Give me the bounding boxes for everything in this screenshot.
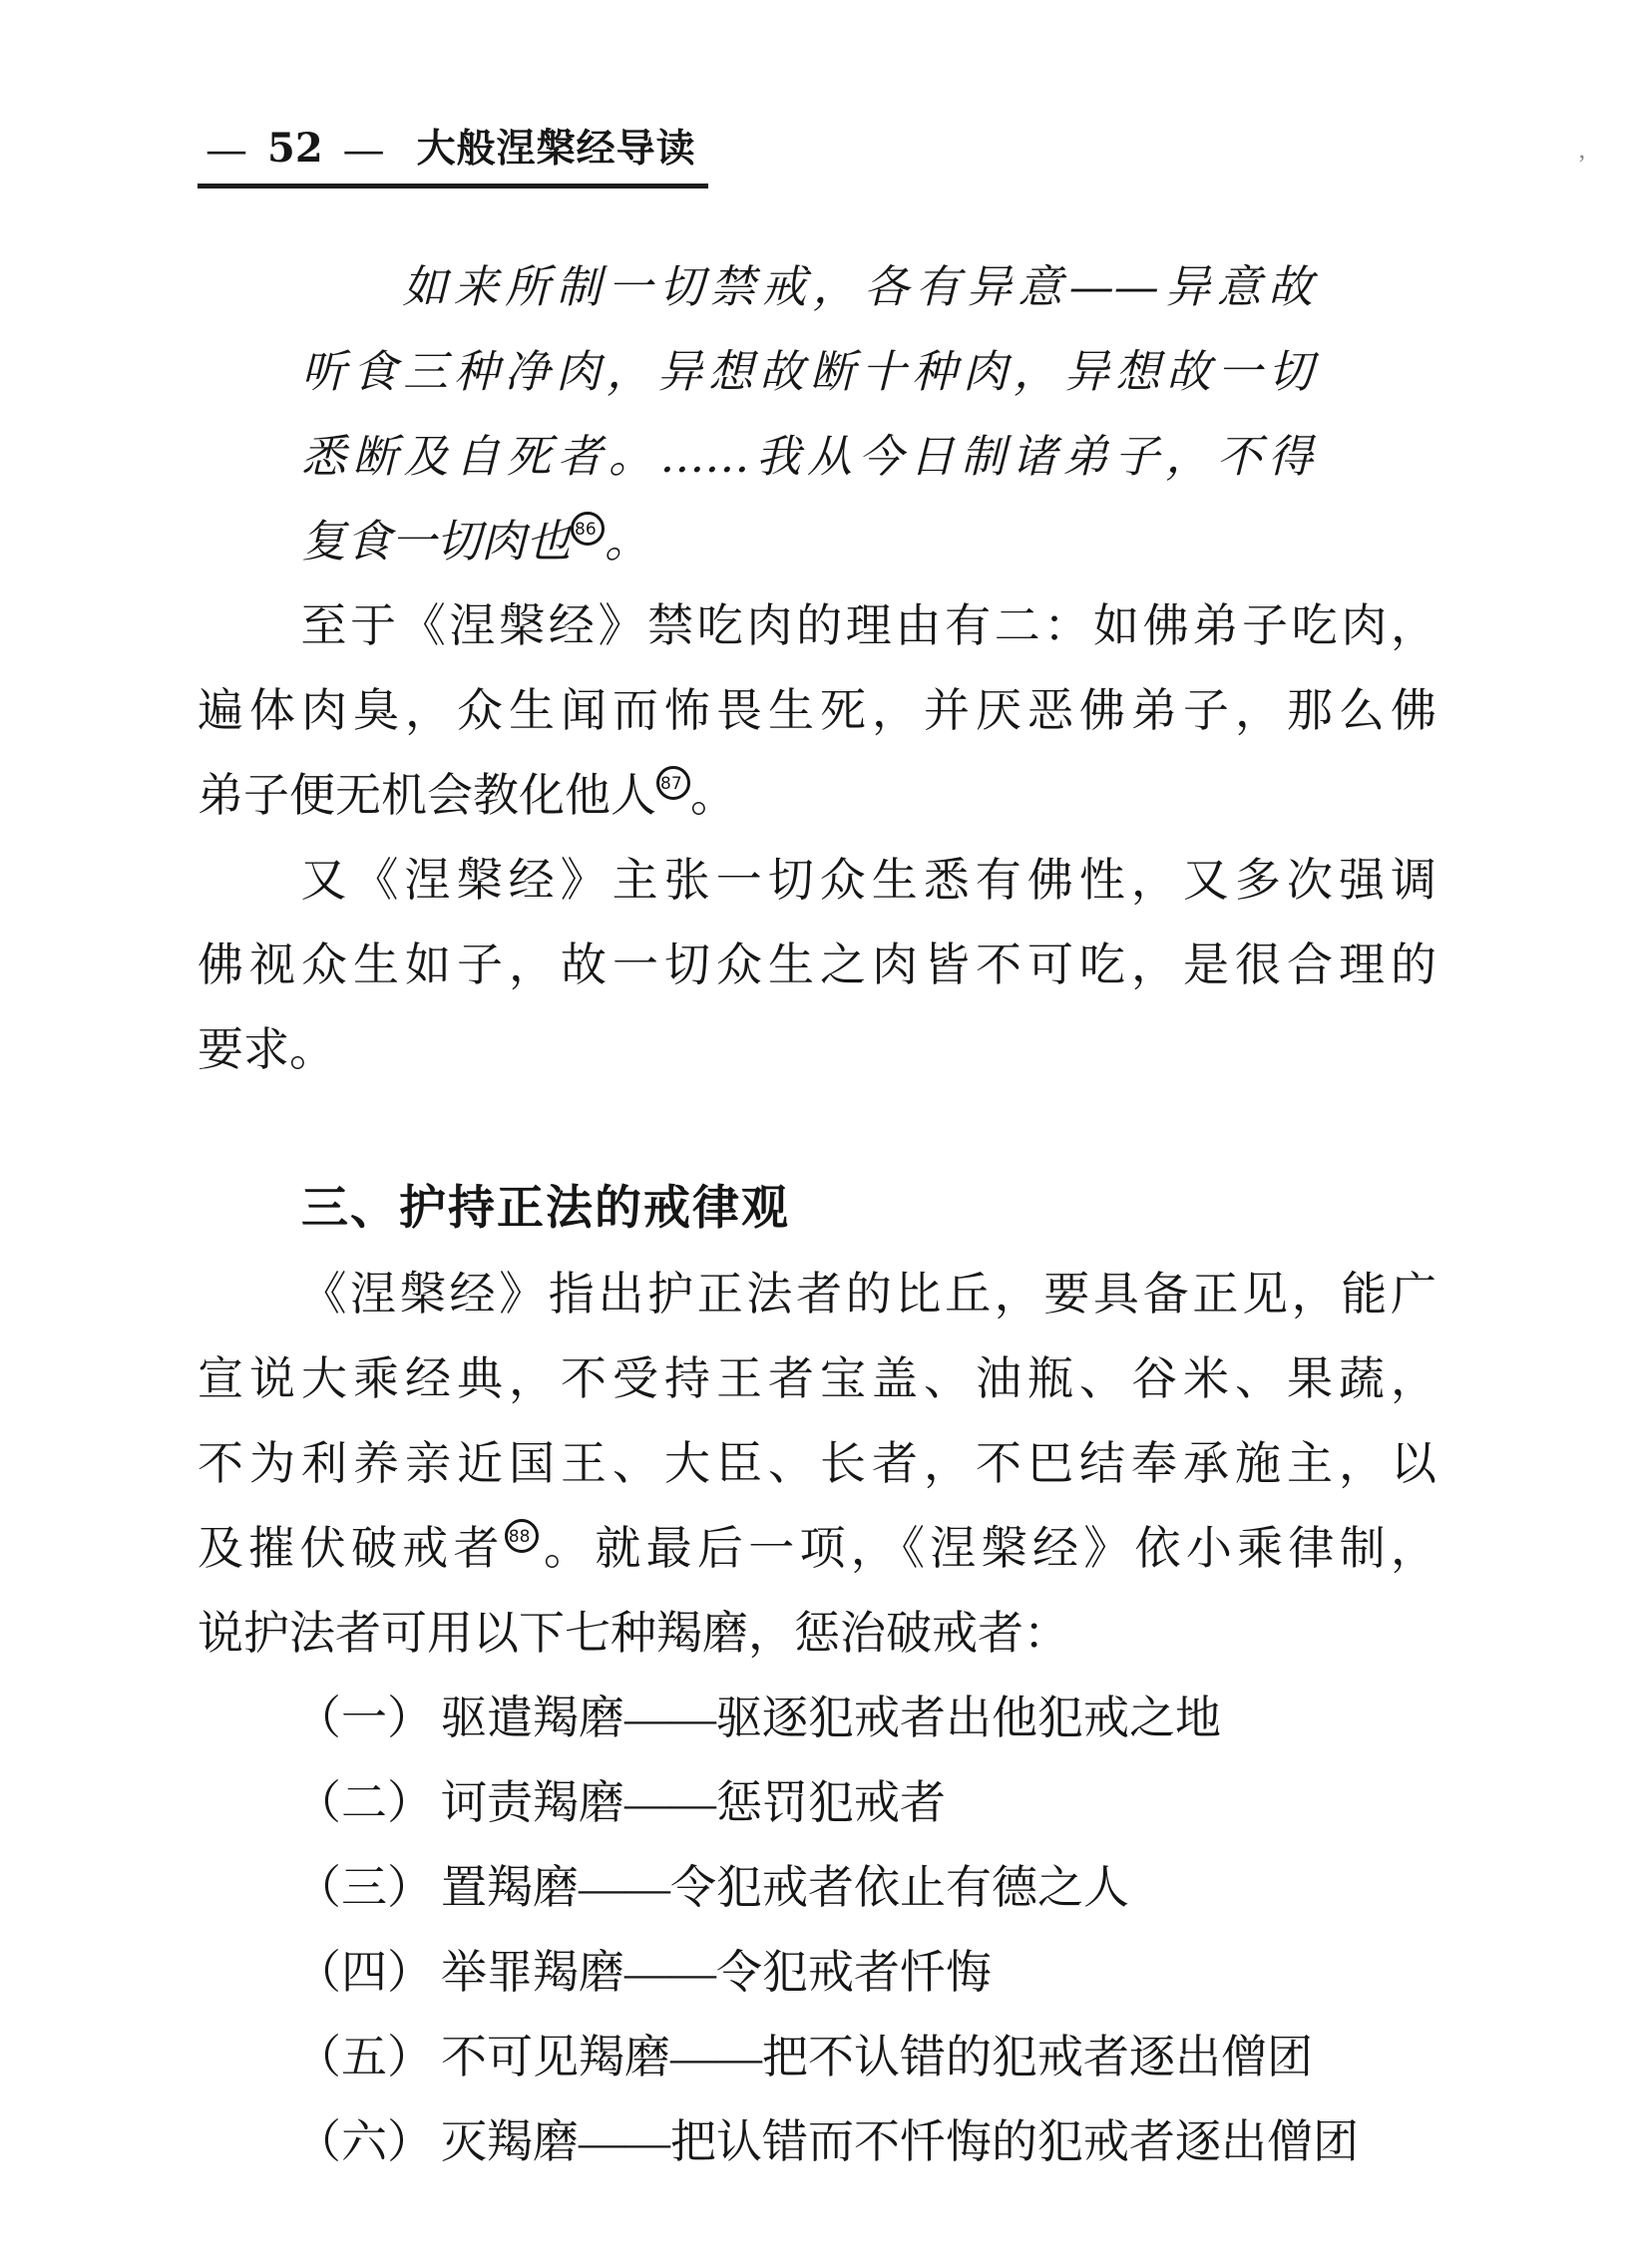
footnote-ref-88: 88: [505, 1519, 539, 1553]
list-item-3: （三）置羯磨——令犯戒者依止有德之人: [295, 1845, 1436, 1930]
page-header: — 52 — 大般涅槃经导读: [198, 118, 708, 189]
header-right-dash: —: [345, 128, 383, 172]
list-item-1: （一）驱遣羯磨——驱逐犯戒者出他犯戒之地: [295, 1676, 1436, 1760]
footnote-ref-86: 86: [571, 512, 605, 546]
scripture-quote: 如来所制一切禁戒，各有异意——异意故 听食三种净肉，异想故断十种肉，异想故一切 …: [301, 244, 1313, 583]
quote-line: 复食一切肉也86。: [301, 499, 1313, 583]
list-item-5: （五）不可见羯磨——把不认错的犯戒者逐出僧团: [295, 2015, 1436, 2099]
paragraph-line: 弟子便无机会教化他人87。: [198, 753, 1436, 838]
list-item-number: （五）: [295, 2032, 433, 2082]
list-item-text: 不可见羯磨——把不认错的犯戒者逐出僧团: [441, 2032, 1313, 2082]
paragraph-line-text: 。就最后一项，《涅槃经》依小乘律制，: [539, 1523, 1436, 1574]
paragraph-buddha-nature: 又《涅槃经》主张一切众生悉有佛性，又多次强调 佛视众生如子，故一切众生之肉皆不可…: [198, 838, 1436, 1092]
paragraph-line-punct: 。: [690, 770, 736, 821]
list-item-number: （一）: [295, 1693, 433, 1743]
paragraph-line: 《涅槃经》指出护正法者的比丘，要具备正见，能广: [198, 1252, 1436, 1336]
list-item-number: （六）: [295, 2116, 433, 2167]
paragraph-line: 说护法者可用以下七种羯磨，惩治破戒者：: [198, 1591, 1436, 1676]
quote-line-text: 复食一切肉也: [301, 515, 571, 567]
list-item-number: （二）: [295, 1777, 433, 1828]
karma-list: （一）驱遣羯磨——驱逐犯戒者出他犯戒之地 （二）诃责羯磨——惩罚犯戒者 （三）置…: [198, 1676, 1436, 2184]
scan-artifact: ’: [1577, 150, 1586, 180]
list-item-2: （二）诃责羯磨——惩罚犯戒者: [295, 1760, 1436, 1845]
paragraph-line: 至于《涅槃经》禁吃肉的理由有二：如佛弟子吃肉，: [198, 583, 1436, 668]
paragraph-line-text: 及摧伏破戒者: [198, 1523, 505, 1574]
book-title: 大般涅槃经导读: [417, 118, 696, 174]
paragraph-line: 又《涅槃经》主张一切众生悉有佛性，又多次强调: [198, 838, 1436, 923]
paragraph-line: 佛视众生如子，故一切众生之肉皆不可吃，是很合理的: [198, 923, 1436, 1007]
section-heading: 三、护持正法的戒律观: [198, 1167, 1436, 1252]
quote-line: 如来所制一切禁戒，各有异意——异意故: [301, 244, 1313, 329]
list-item-number: （四）: [295, 1947, 433, 1998]
paragraph-line: 宣说大乘经典，不受持王者宝盖、油瓶、谷米、果蔬，: [198, 1336, 1436, 1421]
list-item-4: （四）举罪羯磨——令犯戒者忏悔: [295, 1930, 1436, 2015]
paragraph-line: 及摧伏破戒者88。就最后一项，《涅槃经》依小乘律制，: [198, 1506, 1436, 1591]
page-number: 52: [267, 125, 323, 172]
header-left-dash: —: [207, 128, 245, 172]
list-item-text: 置羯磨——令犯戒者依止有德之人: [441, 1862, 1129, 1913]
quote-line-punct: 。: [605, 515, 649, 567]
quote-line: 听食三种净肉，异想故断十种肉，异想故一切: [301, 329, 1313, 414]
list-item-text: 举罪羯磨——令犯戒者忏悔: [441, 1947, 992, 1998]
paragraph-dharma-protect: 《涅槃经》指出护正法者的比丘，要具备正见，能广 宣说大乘经典，不受持王者宝盖、油…: [198, 1252, 1436, 1676]
footnote-ref-87: 87: [656, 766, 690, 800]
list-item-6: （六）灭羯磨——把认错而不忏悔的犯戒者逐出僧团: [295, 2099, 1436, 2184]
list-item-text: 灭羯磨——把认错而不忏悔的犯戒者逐出僧团: [441, 2116, 1359, 2167]
paragraph-line: 要求。: [198, 1007, 1436, 1092]
paragraph-line-text: 弟子便无机会教化他人: [198, 770, 656, 821]
list-item-text: 诃责羯磨——惩罚犯戒者: [441, 1777, 946, 1828]
paragraph-line: 不为利养亲近国王、大臣、长者，不巴结奉承施主，以: [198, 1421, 1436, 1506]
list-item-text: 驱遣羯磨——驱逐犯戒者出他犯戒之地: [441, 1693, 1221, 1743]
list-item-number: （三）: [295, 1862, 433, 1913]
quote-line: 悉断及自死者。……我从今日制诸弟子，不得: [301, 414, 1313, 499]
paragraph-line: 遍体肉臭，众生闻而怖畏生死，并厌恶佛弟子，那么佛: [198, 668, 1436, 753]
paragraph-meat-reasons: 至于《涅槃经》禁吃肉的理由有二：如佛弟子吃肉， 遍体肉臭，众生闻而怖畏生死，并厌…: [198, 583, 1436, 838]
